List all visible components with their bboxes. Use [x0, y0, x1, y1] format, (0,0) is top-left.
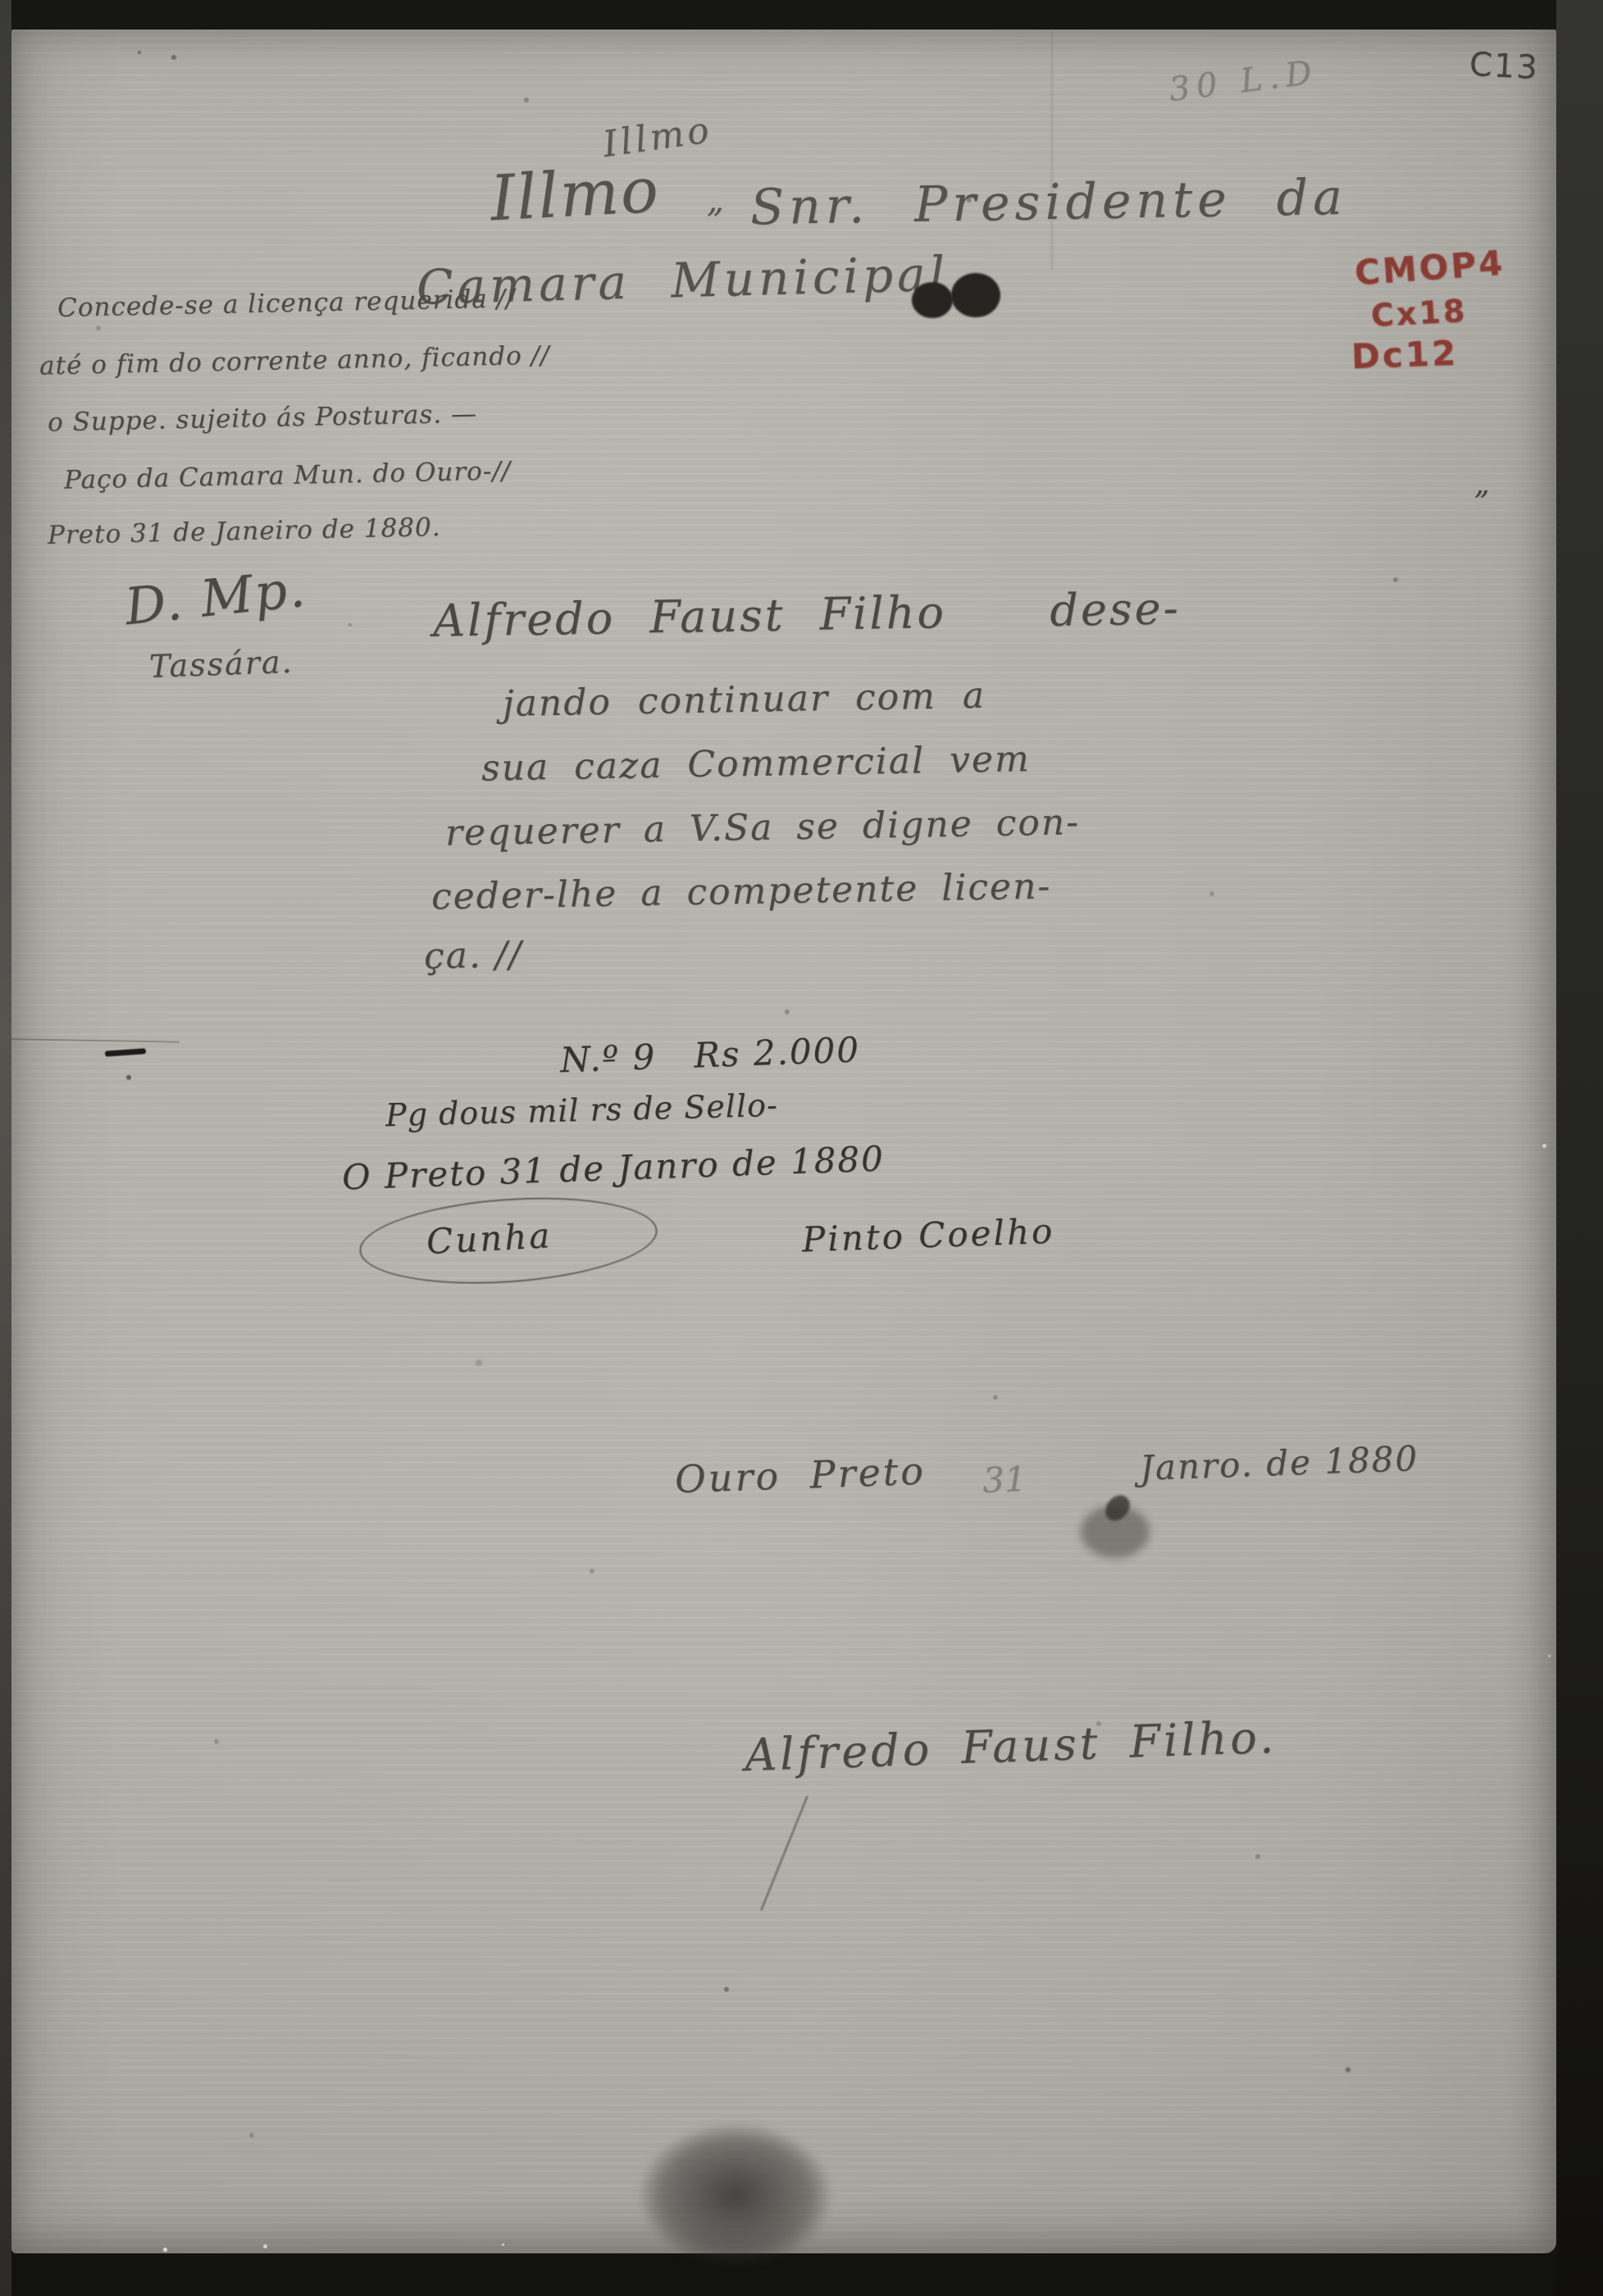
petition-line: ça. // — [424, 934, 523, 977]
scan-border-bottom — [0, 2253, 1603, 2296]
scan-border-right — [1556, 0, 1603, 2296]
header-ditto-mark: „ — [707, 182, 724, 220]
ink-blot — [951, 273, 1000, 317]
dateline-place: Ouro Preto — [674, 1449, 927, 1502]
margin-ditto-mark: „ — [1474, 467, 1490, 501]
petition-line: jando continuar com a — [503, 675, 986, 725]
scan-border-left — [0, 0, 11, 2296]
scan-border-top — [0, 0, 1603, 30]
scanned-document-page: 30 L.D C13 CMOP4 Cx18 Dc12 Illmo Illmo „… — [0, 0, 1603, 2296]
edge-nicks — [0, 0, 2, 2]
bottom-stain — [641, 2125, 830, 2265]
despatch-signature: Tassára. — [148, 644, 294, 685]
ink-blot — [912, 282, 953, 318]
archive-stamp-line2: Cx18 — [1370, 293, 1468, 334]
header-honorific: Illmo — [489, 153, 662, 235]
receipt-signature-left: Cunha — [426, 1215, 553, 1262]
dateline-day: 31 — [981, 1459, 1027, 1501]
archive-stamp-line3: Dc12 — [1350, 333, 1459, 377]
header-addressee: Snr. Presidente da — [749, 169, 1347, 237]
corner-code: C13 — [1469, 46, 1540, 87]
vertical-crease — [1051, 30, 1053, 269]
